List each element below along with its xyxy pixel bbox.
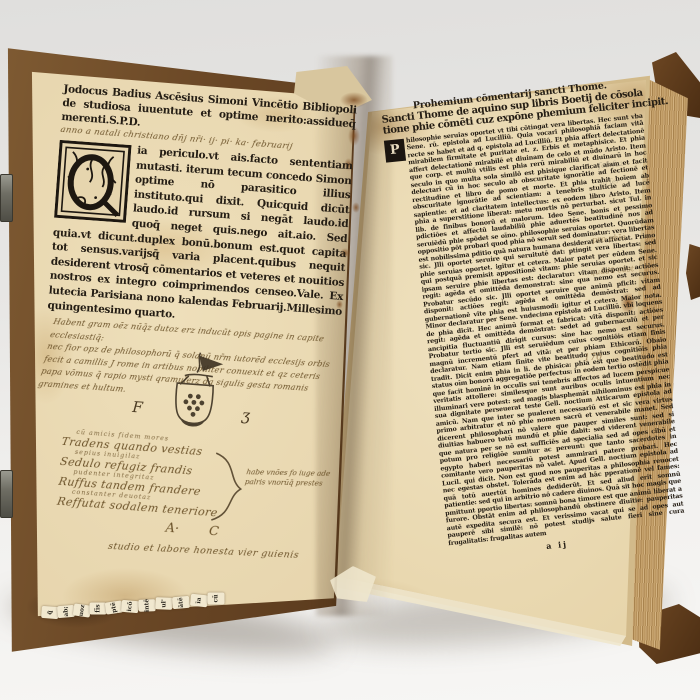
brace-mark [208, 450, 247, 526]
waste-text: icō [126, 601, 134, 612]
woodcut-initial [54, 140, 132, 223]
dedication-body-block: ia periculo.vt ais.facto sententiam muta… [47, 138, 353, 334]
waste-text: ātē [177, 597, 185, 608]
waste-fragment: uoz [73, 603, 92, 617]
waste-text: cū [213, 595, 220, 603]
initial-a: A· [165, 521, 180, 537]
clasp-catch-lower [0, 470, 13, 518]
left-page-content: Jodocus Badius Ascēsius Simoni Vincētio … [47, 82, 357, 334]
waste-text: ptē [110, 602, 118, 614]
waste-text: intē [143, 599, 150, 612]
initial-c: C [208, 524, 219, 540]
small-woodcut-initial: P [384, 138, 406, 162]
manuscript-verses: cū amicis fidem mores Tradens quando ves… [56, 435, 211, 526]
waste-fragment: īa [190, 594, 208, 608]
initial-letter: P [389, 142, 400, 158]
emblem-letter-right: ʒ [241, 406, 251, 425]
waste-text: q̄ [46, 610, 53, 615]
waste-fragment: cū [208, 593, 225, 605]
gutter-stain [352, 202, 360, 213]
waste-fragment: fīs [90, 603, 107, 615]
verse-row: constanter deuotaz Reffutat sodalem tene… [57, 495, 208, 519]
clasp-catch-upper [0, 174, 13, 222]
waste-fragment: intē [138, 599, 155, 612]
marginal-folio-number: 170 [584, 352, 603, 364]
commentary-body-block: P hilosophie seruias oportet vt tibi cōt… [384, 112, 686, 551]
waste-text: ul' [160, 599, 167, 608]
right-page-content: Prohemium cōmentarij sancti Thome. Sanct… [380, 77, 687, 563]
commentary-body-text: hilosophie seruias oportet vt tibi cōtin… [406, 112, 686, 549]
antique-book-photo: q̄ ab; uoz fīs ptē icō intē ul' ātē īa c… [0, 0, 700, 700]
waste-text: īa [195, 597, 203, 604]
back-board-edge-notch [686, 244, 700, 300]
woodcut-initial-art [54, 140, 132, 223]
waste-text: uoz [78, 604, 87, 617]
waste-text: ab; [62, 606, 70, 617]
waste-fragment: icō [121, 600, 139, 613]
waste-fragment: ātē [172, 596, 190, 609]
waste-fragment: ul' [155, 597, 172, 610]
brace-side-note: habe vnōes fo iuge ade palris vnorūq̄ pr… [244, 467, 357, 489]
emblem-letter-left: F [132, 398, 144, 417]
brace-icon [208, 450, 247, 526]
waste-text: fīs [95, 604, 102, 612]
